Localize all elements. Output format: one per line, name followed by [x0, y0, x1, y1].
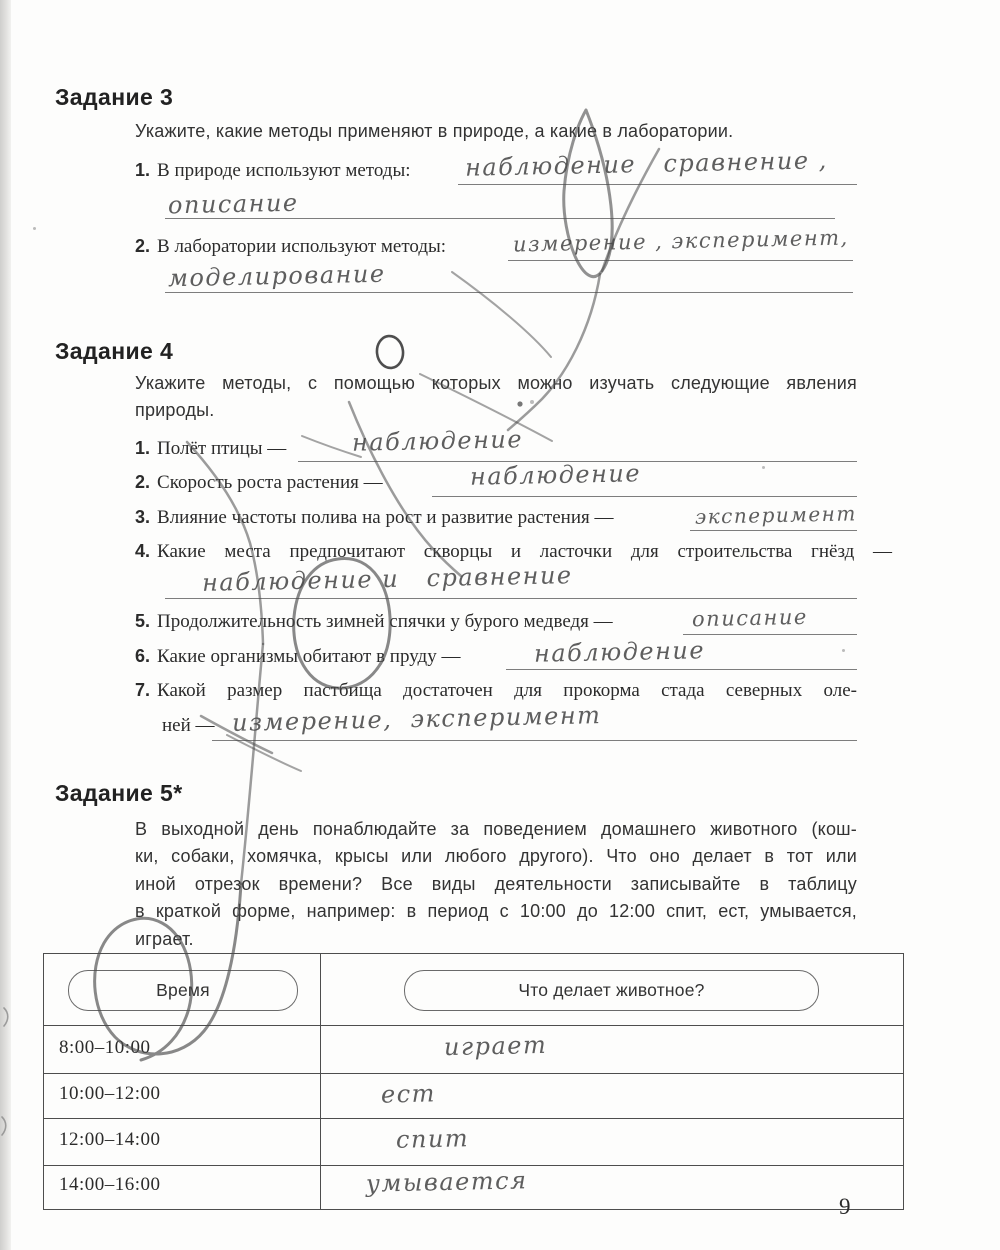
handwritten-answer: моделирование — [168, 260, 386, 293]
answer-line — [683, 634, 857, 635]
handwritten-answer: наблюдение — [534, 636, 706, 668]
task4-item-5: 5.Продолжительность зимней спячки у буро… — [135, 611, 613, 633]
pencil-oval-mark — [375, 335, 404, 370]
answer-line — [432, 496, 857, 497]
table-cell-time: 12:00–14:00 — [59, 1129, 161, 1151]
handwritten-answer: измерение, эксперимент — [232, 701, 602, 737]
handwritten-activity: играет — [444, 1031, 548, 1061]
task5-line: играет. — [135, 926, 194, 953]
item-text: Продолжительность зимней спячки у бурого… — [157, 611, 613, 632]
item-number: 1. — [135, 160, 150, 180]
task4-item-7: 7.Какой размер пастбища достаточен для п… — [135, 680, 857, 702]
item-number: 5. — [135, 611, 150, 631]
task4-heading: Задание 4 — [55, 338, 173, 365]
scan-edge-shadow — [0, 0, 11, 1250]
answer-line — [508, 260, 853, 261]
item-number: 6. — [135, 646, 150, 666]
task4-item-6: 6.Какие организмы обитают в пруду — — [135, 646, 460, 668]
item-number: 2. — [135, 236, 150, 256]
task4-intro-line1: Укажите методы, с помощью которых можно … — [135, 370, 857, 397]
task4-item-1: 1.Полёт птицы — — [135, 438, 286, 460]
item-text: Какие организмы обитают в пруду — — [157, 646, 460, 667]
item-text: Какой размер пастбища достаточен для про… — [157, 680, 857, 701]
answer-line — [165, 218, 835, 219]
answer-line — [506, 669, 857, 670]
answer-line — [165, 292, 853, 293]
task3-item-1: 1.В природе используют методы: — [135, 160, 411, 182]
handwritten-activity: ест — [381, 1079, 436, 1108]
item-text: Полёт птицы — — [157, 438, 286, 459]
handwritten-answer: измерение , эксперимент, — [513, 225, 849, 256]
task4-item-7-line2: ней — — [162, 715, 215, 737]
task3-heading: Задание 3 — [55, 84, 173, 111]
pencil-stroke — [508, 274, 600, 430]
scan-speck — [530, 400, 534, 404]
scan-speck — [762, 466, 765, 469]
handwritten-activity: спит — [396, 1124, 470, 1154]
handwritten-answer: описание — [168, 189, 299, 220]
table-cell-time: 14:00–16:00 — [59, 1174, 161, 1196]
table-row-line — [44, 1025, 903, 1026]
scan-speck — [842, 649, 845, 652]
table-row-line — [44, 1165, 903, 1166]
table-row-line — [44, 1118, 903, 1119]
table-column-divider — [320, 954, 321, 1209]
task4-item-2: 2.Скорость роста растения — — [135, 472, 383, 494]
answer-line — [165, 598, 857, 599]
table-cell-time: 8:00–10:00 — [59, 1037, 151, 1059]
pencil-dot — [517, 401, 522, 406]
scan-speck — [33, 227, 36, 230]
task5-line: ки, собаки, хомячка, крысы или любого др… — [135, 843, 857, 870]
item-number: 3. — [135, 507, 150, 527]
task5-line: В выходной день понаблюдайте за поведени… — [135, 816, 857, 843]
task4-item-3: 3.Влияние частоты полива на рост и разви… — [135, 507, 614, 529]
table-header-time: Время — [68, 970, 298, 1011]
handwritten-answer: наблюдение — [470, 459, 642, 491]
item-number: 1. — [135, 438, 150, 458]
item-text: Какие места предпочитают скворцы и ласто… — [157, 541, 892, 562]
item-number: 2. — [135, 472, 150, 492]
task4-intro-line2: природы. — [135, 397, 214, 424]
task3-item-2: 2.В лаборатории используют методы: — [135, 236, 446, 258]
table-cell-time: 10:00–12:00 — [59, 1083, 161, 1105]
task4-item-4: 4.Какие места предпочитают скворцы и лас… — [135, 541, 892, 563]
handwritten-answer: наблюдение сравнение , — [465, 146, 828, 182]
item-number: 4. — [135, 541, 150, 561]
handwritten-answer: наблюдение — [352, 425, 524, 457]
item-text: В лаборатории используют методы: — [157, 236, 446, 257]
observation-table: Время Что делает животное? 8:00–10:00 10… — [43, 953, 904, 1210]
handwritten-activity: умывается — [366, 1166, 528, 1197]
task5-line: иной отрезок времени? Все виды деятельно… — [135, 871, 857, 898]
answer-line — [458, 184, 857, 185]
item-text: Скорость роста растения — — [157, 472, 383, 493]
answer-line — [212, 740, 857, 741]
item-number: 7. — [135, 680, 150, 700]
page-number: 9 — [839, 1194, 851, 1220]
handwritten-answer: наблюдение и сравнение — [202, 561, 573, 597]
table-header-activity: Что делает животное? — [404, 970, 819, 1011]
pencil-stroke — [452, 272, 551, 357]
item-text: В природе используют методы: — [157, 160, 411, 181]
handwritten-answer: описание — [692, 605, 808, 631]
handwritten-answer: эксперимент — [695, 501, 857, 528]
task5-line: в краткой форме, например: в период с 10… — [135, 898, 857, 925]
workbook-page: Задание 3 Укажите, какие методы применяю… — [0, 0, 1000, 1250]
answer-line — [690, 530, 857, 531]
task5-heading: Задание 5* — [55, 780, 183, 807]
item-text: Влияние частоты полива на рост и развити… — [157, 507, 613, 528]
task3-intro: Укажите, какие методы применяют в природ… — [135, 118, 857, 145]
table-row-line — [44, 1073, 903, 1074]
